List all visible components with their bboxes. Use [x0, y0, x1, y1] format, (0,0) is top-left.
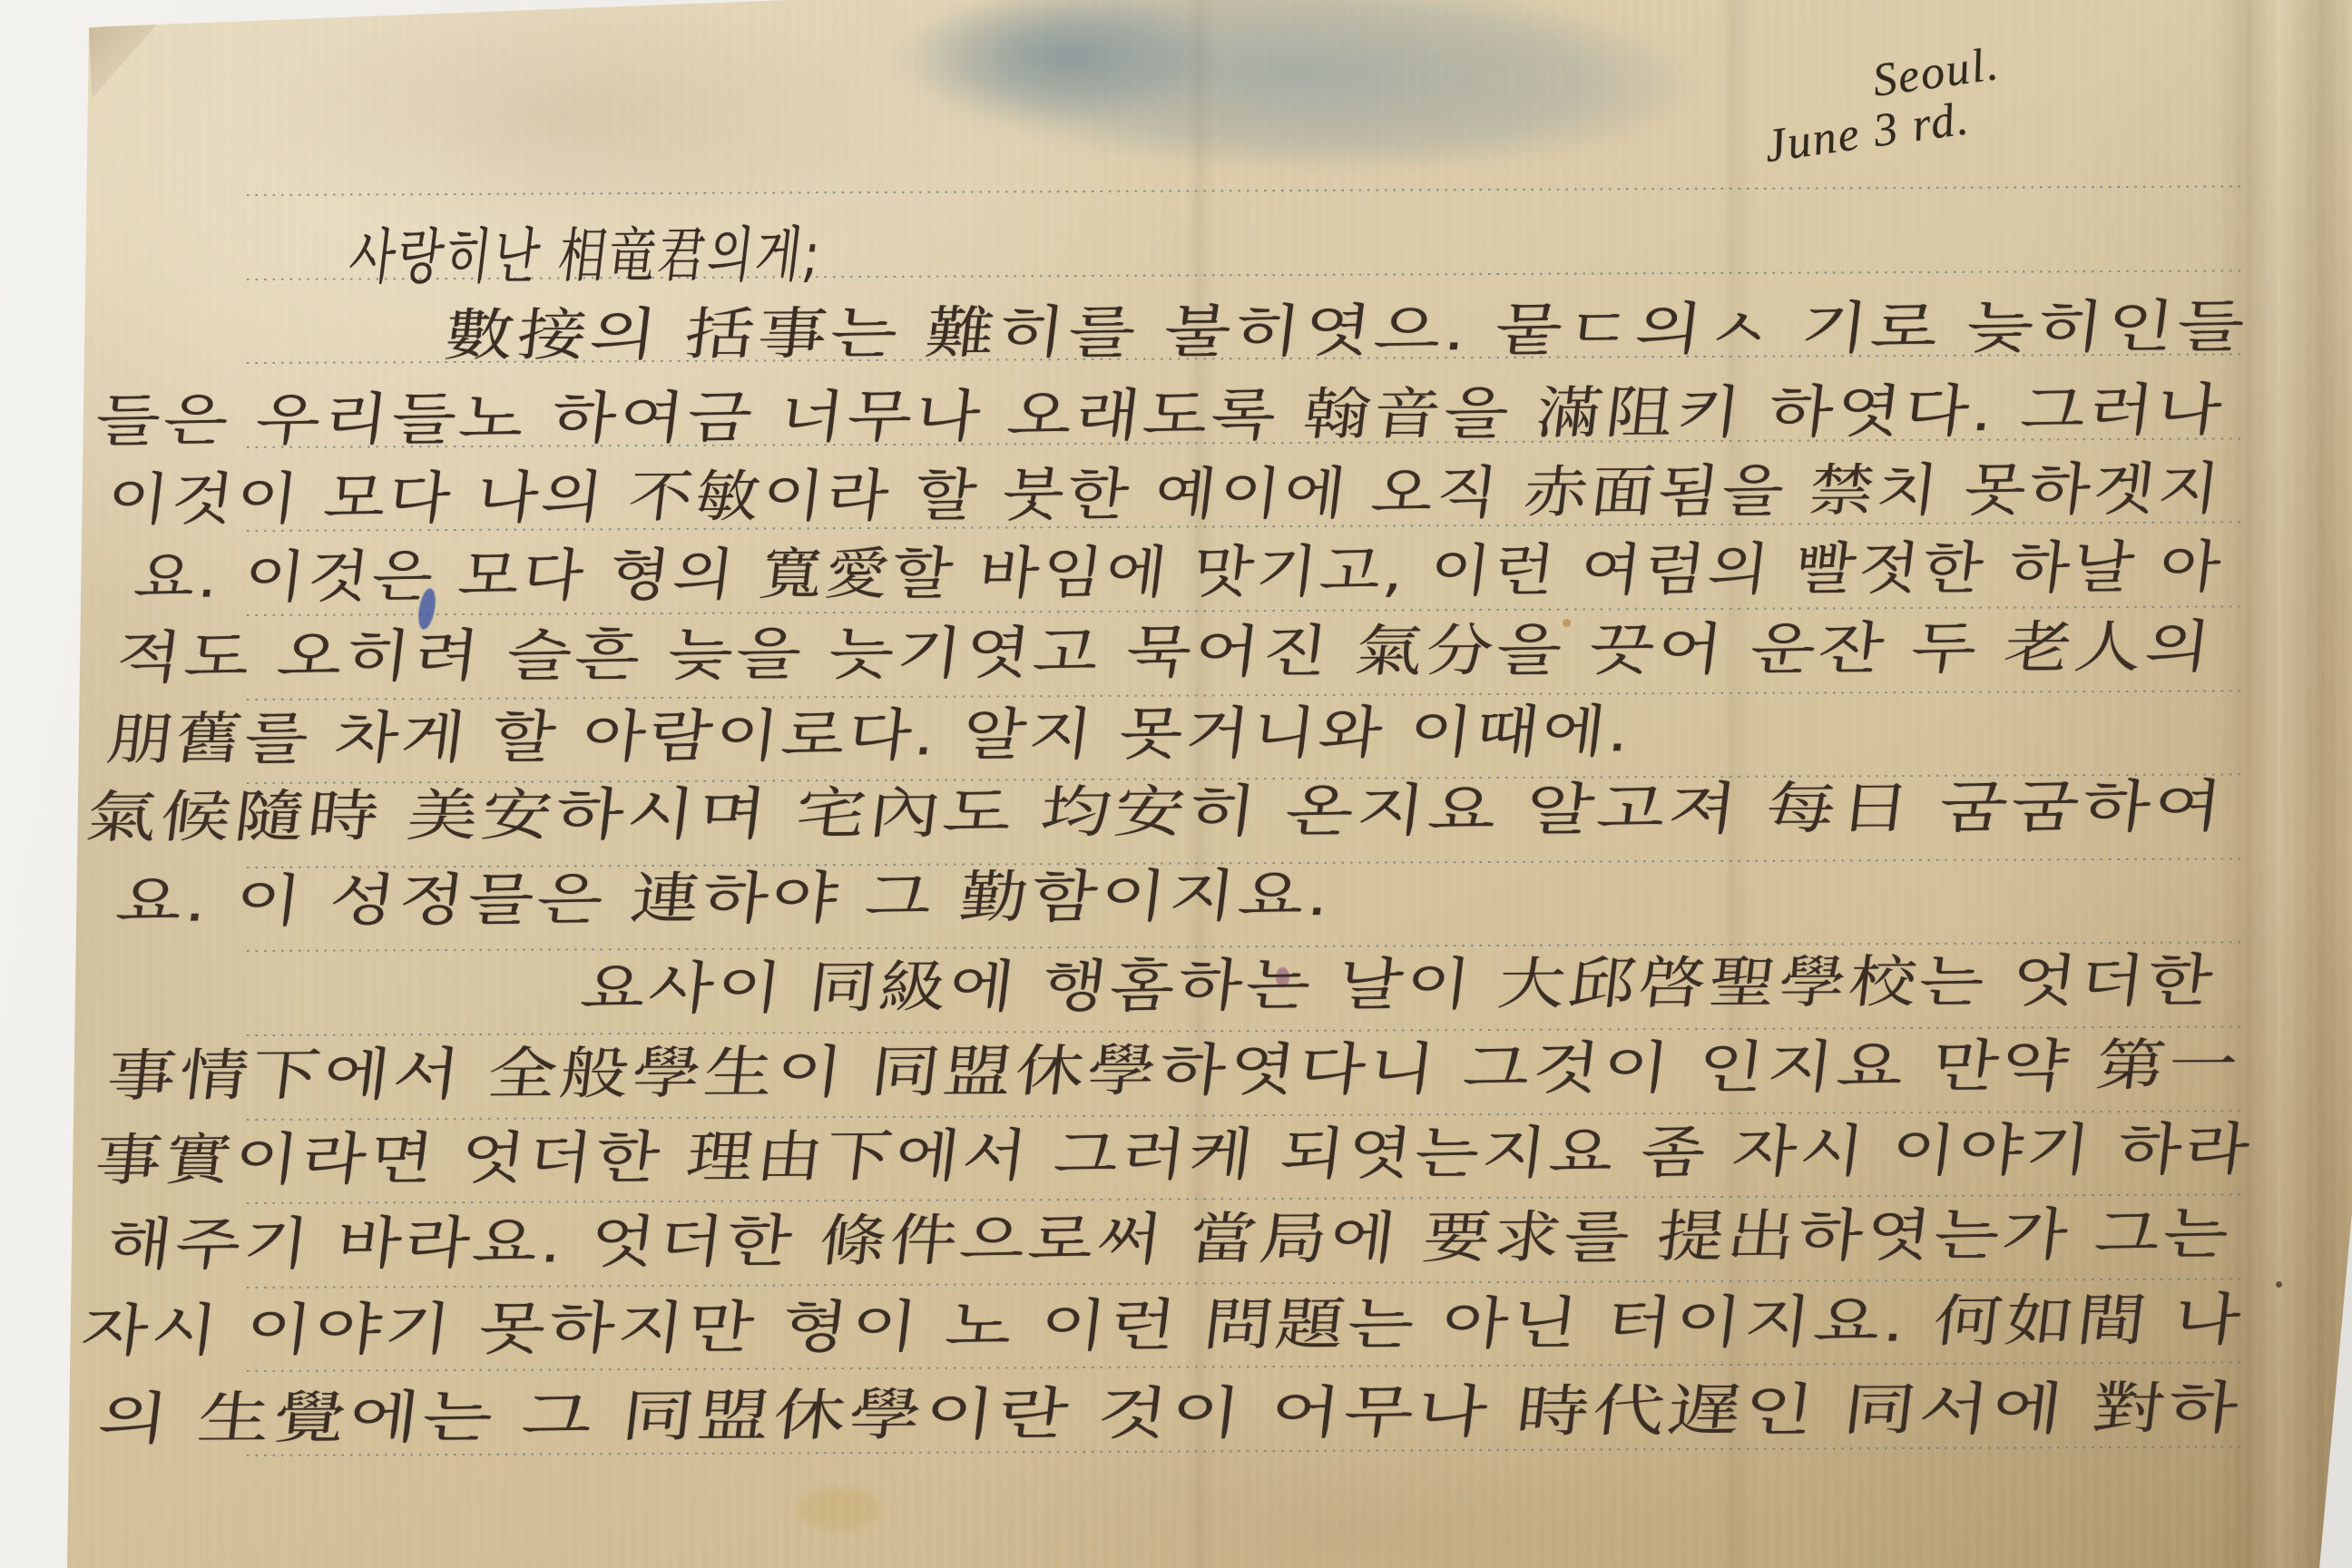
ruled-line: [247, 774, 2241, 785]
handwritten-line-1: 사랑히난 相竜君의게;: [346, 206, 828, 295]
water-stain: [762, 0, 1823, 218]
ink-speck: [1276, 967, 1289, 987]
handwritten-line-12: 事實이라면 엇더한 理由下에서 그러케 되엿는지요 좀 자시 이야기 하라: [92, 1104, 2258, 1196]
handwritten-line-14: 자시 이야기 못하지만 형이 노 이런 問題는 아닌 터이지요. 何如間 나: [78, 1275, 2249, 1367]
handwritten-line-15: 의 生覺에는 그 同盟休學이란 것이 어무나 時代遅인 同서에 對하: [94, 1363, 2247, 1455]
handwritten-line-5: 요. 이것은 모다 형의 寬愛할 바임에 맛기고, 이런 여럼의 빨젓한 하날 …: [131, 522, 2229, 613]
handwritten-line-6: 적도 오히려 슬흔 늦을 늣기엿고 묵어진 氣分을 끗어 운잔 두 老人의: [113, 602, 2219, 693]
ruled-line: [247, 269, 2241, 280]
ruled-line: [247, 522, 2241, 533]
handwritten-line-2: 數接의 括事는 難히를 불히엿으. 뭍ㄷ의ㅅ 기로 늦히인들: [441, 281, 2253, 371]
handwritten-line-8: 氣候隨時 美安하시며 宅內도 均安히 온지요 알고져 每日 굼굼하여: [83, 761, 2230, 853]
handwritten-line-13: 해주기 바라요. 엇더한 條件으로써 當局에 要求를 提出하엿는가 그는: [103, 1189, 2237, 1280]
ruled-line: [247, 1362, 2241, 1373]
ruled-line: [247, 857, 2241, 868]
ruled-line: [247, 1025, 2241, 1036]
age-spot: [799, 1488, 880, 1530]
ruled-line: [247, 1194, 2241, 1205]
corner-fold: [87, 20, 171, 103]
water-stain-core: [871, 0, 1261, 141]
dateline-date: June 3 rd.: [1761, 89, 2010, 171]
paper-speck: [2276, 1281, 2282, 1288]
ruled-line: [247, 354, 2241, 365]
dateline: Seoul. June 3 rd.: [1755, 40, 2010, 171]
ruled-line: [247, 942, 2241, 953]
blue-ink-blot: [416, 587, 438, 631]
ruled-line: [247, 690, 2241, 701]
ruled-line: [247, 1110, 2241, 1121]
ruled-line: [247, 437, 2241, 448]
handwritten-line-7: 朋舊를 차게 할 아람이로다. 알지 못거니와 이때에.: [103, 686, 1638, 775]
handwritten-line-3: 들은 우리들노 하여금 너무나 오래도록 翰音을 滿阻키 하엿다. 그러나: [92, 365, 2230, 456]
ruled-line: [247, 1278, 2241, 1289]
handwriting: 사랑히난 相竜君의게;數接의 括事는 難히를 불히엿으. 뭍ㄷ의ㅅ 기로 늦히인…: [0, 0, 2352, 1568]
ruled-line: [247, 185, 2241, 196]
dateline-place: Seoul.: [1869, 40, 2003, 107]
photo-background: Seoul. June 3 rd. 사랑히난 相竜君의게;數接의 括事는 難히를…: [0, 0, 2352, 1568]
letter-paper: Seoul. June 3 rd. 사랑히난 相竜君의게;數接의 括事는 難히를…: [0, 0, 2352, 1568]
handwritten-line-9: 요. 이 성정믈은 連하야 그 勤함이지요.: [113, 850, 1338, 937]
paper-freckle: [1563, 619, 1571, 627]
ruled-line: [247, 1445, 2241, 1456]
handwritten-line-10: 요사이 同級에 행홈하는 날이 大邱啓聖學校는 엇더한: [577, 936, 2221, 1024]
ruled-line: [247, 605, 2241, 616]
ruled-lines: [0, 0, 2352, 1568]
handwritten-line-11: 事情下에서 全般學生이 同盟休學하엿다니 그것이 인지요 만약 第一: [103, 1020, 2247, 1112]
handwritten-line-4: 이것이 모다 나의 不敏이라 할 붓한 예이에 오직 赤面됨을 禁치 못하겟지: [103, 444, 2228, 535]
